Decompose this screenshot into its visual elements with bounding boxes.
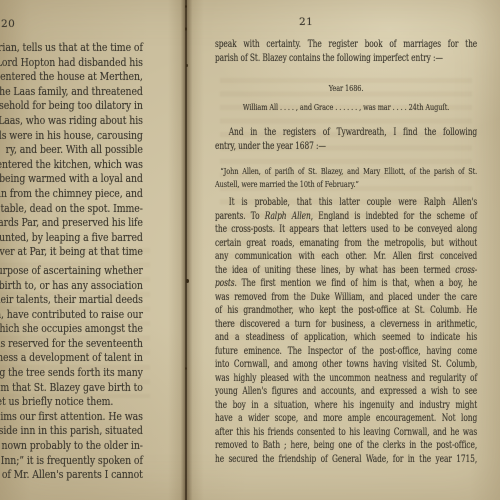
quote-line: Austell, were married the 10th of Februa… [215,179,477,192]
text-line: usehold for being too dilatory in [0,98,143,113]
text-line: any communication with each other. Mr. A… [215,250,477,264]
text-line: owards Par, and preserved his life [0,215,143,230]
left-paragraph-1: orian, tells us that at the time ofLord … [0,40,143,259]
text-line: tness a development of talent in [0,350,143,365]
text-line: removed to Bath ; here, being one of the… [215,439,477,453]
left-page-text: orian, tells us that at the time ofLord … [0,40,143,482]
binding-speck [186,279,189,283]
text-line: d-side inn in this parish, situated [0,423,143,438]
text-line: parish of St. Blazey contains the follow… [215,52,477,66]
text-line: the cross-posts. It appears that letters… [215,223,477,237]
text-line: of his grandmother, who kept the post-of… [215,304,477,318]
text-line: m that St. Blazey gave birth to [1,380,143,395]
text-line: nown, have contributed to raise our [0,307,143,322]
text-line: n Inn;” it is frequently spoken of [0,453,143,468]
text-line: it was reserved for the seventeenth [0,336,143,351]
text-line: e table, dead on the spot. Imme- [0,201,143,216]
text-line: And in the registers of Tywardreath, I f… [215,126,477,140]
text-line: parents. To Ralph Allen, England is inde… [215,210,477,224]
binding-speck [185,27,187,31]
text-line: gun from the chimney piece, and [0,186,143,201]
left-paragraph-3: ims our first attention. He wasd-side in… [0,409,143,482]
text-line: the boy in a situation, where his ingenu… [215,399,477,413]
text-line: nes of Mr. Allen's parents I cannot [0,467,143,482]
left-paragraph-2: e purpose of ascertaining whetheren birt… [0,263,143,394]
text-line: entry, under the year 1687 :— [215,140,477,154]
text-line: certain great roads, emanating from the … [215,237,477,251]
binding-speck [185,367,187,370]
text-line: have a wider scope, and more ample encou… [215,412,477,426]
text-line: was removed from the Duke William, and p… [215,291,477,305]
text-line: there discovered a turn for business, a … [215,318,477,332]
text-line: was highly pleased with the uncommon nea… [215,372,477,386]
text-line: e purpose of ascertaining whether [0,263,143,278]
page-number-left: 20 [1,18,15,30]
text-line: Lord Hopton had disbanded his [0,55,143,70]
text-line: Laas, who was riding about his [0,113,143,128]
text-line: en birth to, or has any association [0,278,143,293]
text-line: which she occupies amongst the [0,321,143,336]
text-line: and a steadiness of application, which s… [215,331,477,345]
text-line: their talents, their martial deeds [0,292,143,307]
text-line: et us briefly notice them. [0,394,143,409]
text-line: It is probable, that this latter couple … [215,196,477,210]
text-line: ebels were in his house, carousing [0,128,143,143]
text-line: nown probably to the older in- [2,438,143,453]
register-year-heading: Year 1686. [215,84,477,94]
text-line: pring the tree sends forth its many [0,365,143,380]
text-line: after this his friends consented to his … [215,426,477,440]
text-line: speak with certainty. The register book … [215,38,477,52]
register-entry: William All . . . . , and Grace . . . . … [215,103,477,113]
text-line: the idea of uniting these lines, by what… [215,264,477,278]
text-line: being warmed with a loyal and [0,171,143,186]
right-paragraph-3-continued: parents. To Ralph Allen, England is inde… [215,210,477,467]
book-spread: 20 orian, tells us that at the time ofLo… [0,0,500,500]
text-line: he secured the friendship of General Wad… [215,453,477,467]
text-line: the Laas family, and threatened [0,84,143,99]
text-line: river at Par, it being at that time [0,244,143,259]
text-line: ry, and beer. With all possible [6,142,143,157]
binding-speck [185,5,187,8]
text-line: future eminence. The Inspector of the po… [215,345,477,359]
book-gutter [168,0,204,500]
text-line: posts. The first mention we find of him … [215,277,477,291]
text-line: r, entered the kitchen, which was [0,157,143,172]
text-line: into Cornwall, and among other towns hav… [215,358,477,372]
text-line: entered the house at Merthen, [0,69,143,84]
text-line: orian, tells us that at the time of [0,40,143,55]
binding-speck [186,64,188,67]
text-line: l mounted, by leaping a five barred [0,230,143,245]
quote-line: “John Allen, of pariſh of St. Blazey, an… [215,166,477,179]
text-line: young Allen's figures and accounts, and … [215,385,477,399]
text-line: ims our first attention. He was [0,409,143,424]
right-page-text: speak with certainty. The register book … [215,38,477,466]
page-number-right: 21 [299,16,313,28]
